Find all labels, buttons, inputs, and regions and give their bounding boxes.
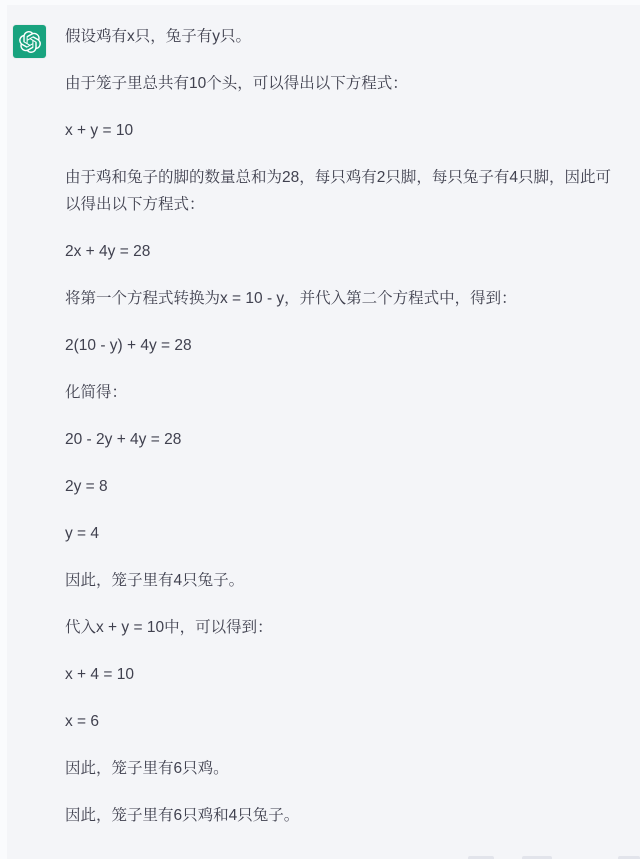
text-line: 因此，笼子里有6只鸡。 <box>65 755 613 782</box>
equation-line: x + y = 10 <box>65 117 613 144</box>
equation-line: 20 - 2y + 4y = 28 <box>65 426 613 453</box>
text-line: 代入x + y = 10中，可以得到： <box>65 614 613 641</box>
text-line: 化简得： <box>65 379 613 406</box>
equation-line: y = 4 <box>65 520 613 547</box>
openai-logo-icon <box>19 31 41 53</box>
text-line: 因此，笼子里有4只兔子。 <box>65 567 613 594</box>
text-line: 因此，笼子里有6只鸡和4只兔子。 <box>65 802 613 829</box>
equation-line: 2(10 - y) + 4y = 28 <box>65 332 613 359</box>
cutoff-content-row <box>0 855 640 859</box>
message-body: 假设鸡有x只，兔子有y只。 由于笼子里总共有10个头，可以得出以下方程式： x … <box>65 0 613 849</box>
equation-line: x + 4 = 10 <box>65 661 613 688</box>
text-line: 由于鸡和兔子的脚的数量总和为28，每只鸡有2只脚，每只兔子有4只脚，因此可以得出… <box>65 164 613 218</box>
text-line: 假设鸡有x只，兔子有y只。 <box>65 23 613 50</box>
equation-line: 2x + 4y = 28 <box>65 238 613 265</box>
assistant-message: 假设鸡有x只，兔子有y只。 由于笼子里总共有10个头，可以得出以下方程式： x … <box>0 0 640 859</box>
equation-line: x = 6 <box>65 708 613 735</box>
text-line: 由于笼子里总共有10个头，可以得出以下方程式： <box>65 70 613 97</box>
text-line: 将第一个方程式转换为x = 10 - y，并代入第二个方程式中，得到： <box>65 285 613 312</box>
chatgpt-avatar <box>13 25 46 58</box>
equation-line: 2y = 8 <box>65 473 613 500</box>
